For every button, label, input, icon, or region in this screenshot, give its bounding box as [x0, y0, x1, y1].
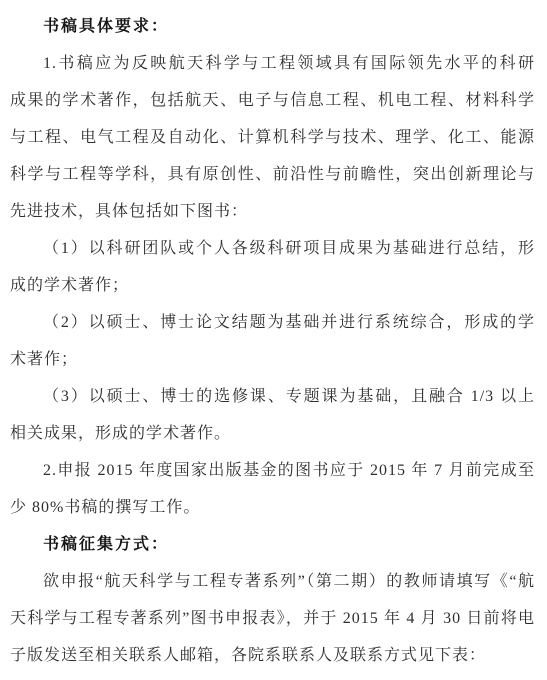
item1-line1: （1）以科研团队或个人各级科研项目成果为基础进行总结，形	[10, 230, 535, 267]
item1-line2: 成的学术著作；	[10, 267, 535, 304]
item3-line2: 相关成果，形成的学术著作。	[10, 415, 535, 452]
para1-line2: 成果的学术著作，包括航天、电子与信息工程、机电工程、材料科学	[10, 82, 535, 119]
para1-line4: 科学与工程等学科，具有原创性、前沿性与前瞻性，突出创新理论与	[10, 156, 535, 193]
item2-line2: 术著作；	[10, 341, 535, 378]
heading-collection-method: 书稿征集方式：	[10, 526, 535, 563]
para3-line2: 天科学与工程专著系列”图书申报表》，并于 2015 年 4 月 30 日前将电	[10, 600, 535, 637]
para2-line2: 少 80%书稿的撰写工作。	[10, 489, 535, 526]
para3-line1: 欲申报“航天科学与工程专著系列”（第二期）的教师请填写《“航	[10, 563, 535, 600]
para3-line3: 子版发送至相关联系人邮箱，各院系联系人及联系方式见下表：	[10, 637, 535, 674]
item3-line1: （3）以硕士、博士的选修课、专题课为基础，且融合 1/3 以上	[10, 378, 535, 415]
para1-line3: 与工程、电气工程及自动化、计算机科学与技术、理学、化工、能源	[10, 119, 535, 156]
heading-manuscript-requirements: 书稿具体要求：	[10, 8, 535, 45]
item2-line1: （2）以硕士、博士论文结题为基础并进行系统综合，形成的学	[10, 304, 535, 341]
document-page: 书稿具体要求： 1.书稿应为反映航天科学与工程领域具有国际领先水平的科研 成果的…	[0, 0, 547, 680]
para2-line1: 2.申报 2015 年度国家出版基金的图书应于 2015 年 7 月前完成至	[10, 452, 535, 489]
para1-line5: 先进技术，具体包括如下图书：	[10, 193, 535, 230]
para1-line1: 1.书稿应为反映航天科学与工程领域具有国际领先水平的科研	[10, 45, 535, 82]
